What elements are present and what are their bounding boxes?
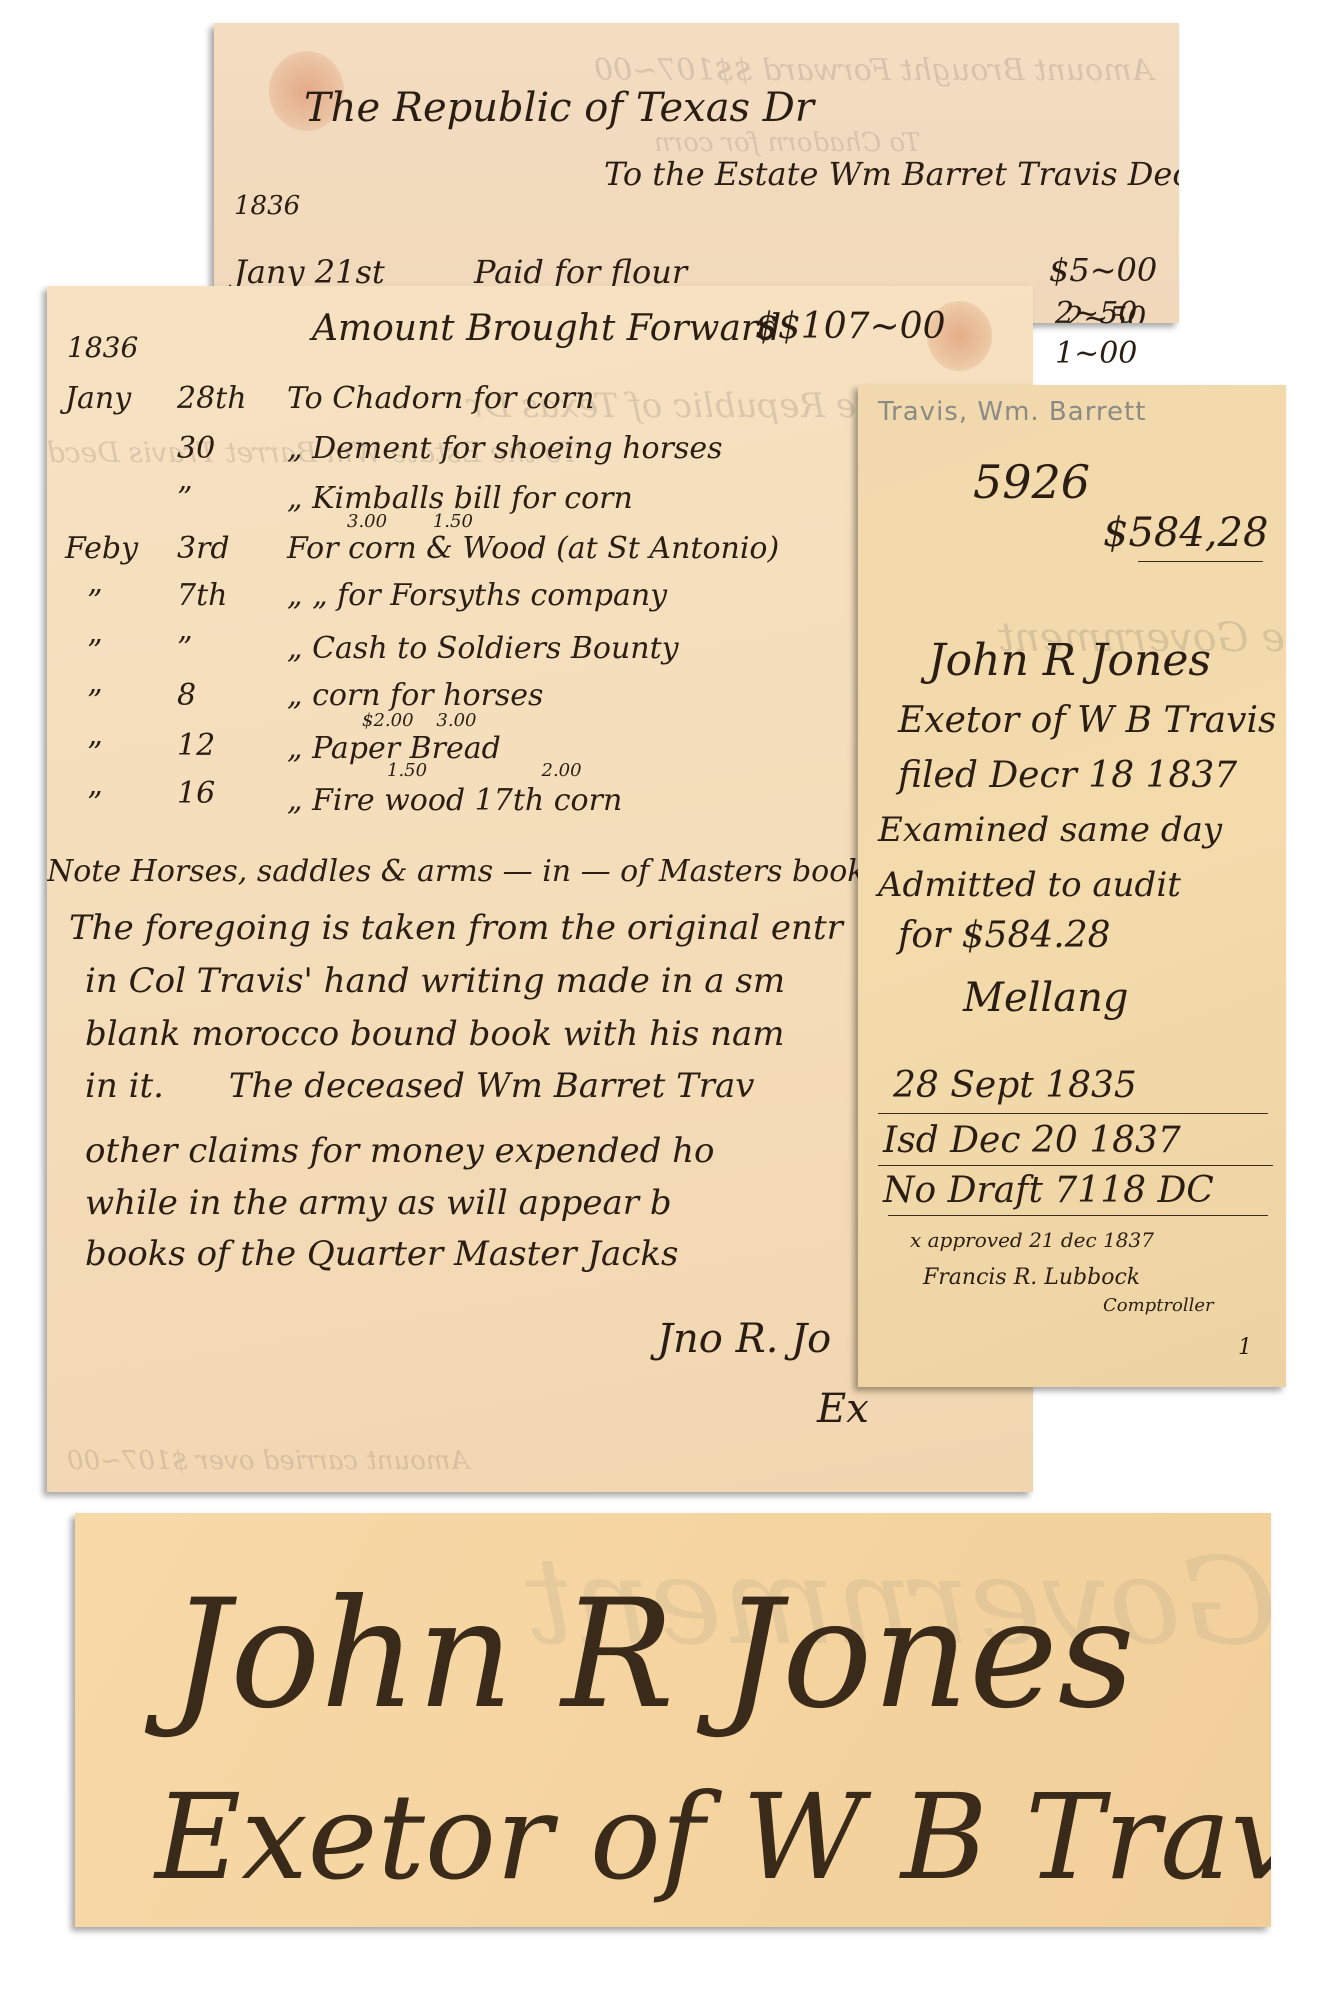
closeup-signature-name: John R Jones [170,1568,1135,1742]
claimant-role: Exetor of W B Travis [898,700,1276,741]
entry-month: ” [87,684,102,719]
entry-desc: „ Cash to Soldiers Bounty [287,631,679,666]
rule-line [888,1215,1268,1216]
claimant-name: John R Jones [928,635,1211,686]
header-amount: $$107~00 [755,306,946,347]
entry-day: ” [177,481,192,516]
comptroller-name: Francis R. Lubbock [923,1265,1140,1290]
signature: Jno R. Jo [657,1316,831,1362]
top-sheet-amount: 2~50 [1055,296,1137,331]
top-sheet-amount: 1~00 [1055,336,1137,371]
entry-day: 30 [177,431,215,466]
comptroller-title: Comptroller [1103,1295,1214,1316]
top-sheet-title: The Republic of Texas Dr [304,85,814,131]
paragraph-line: in it. The deceased Wm Barret Trav [85,1066,755,1106]
entry-desc: To Chadorn for corn [287,381,594,416]
page-number: 1 [1238,1335,1252,1360]
entry-month: ” [87,736,102,771]
entry-day: 16 [177,776,215,811]
auditor-signature: Mellang [963,975,1128,1021]
claim-amount: $584,28 [1103,510,1268,556]
draft-line: No Draft 7118 DC [883,1170,1214,1211]
entry-desc: For corn & Wood (at St Antonio) [287,531,779,566]
entry-month: ” [87,634,102,669]
date-line-1: 28 Sept 1835 [893,1065,1137,1106]
signature-title: Ex [817,1386,869,1432]
paragraph-line: in Col Travis' hand writing made in a sm [85,961,785,1001]
claim-number: 5926 [973,455,1090,509]
rule-line [878,1165,1273,1166]
admitted-note: Admitted to audit [878,865,1181,905]
header-amount-brought-forward: Amount Brought Forward [312,308,781,349]
underline [1138,561,1263,562]
entry-superscript: $2.00 3.00 [362,710,477,731]
rule-line [878,1113,1268,1114]
filed-date: filed Decr 18 1837 [898,755,1237,796]
paragraph-line: The foregoing is taken from the original… [69,908,843,948]
date-line-2: Isd Dec 20 1837 [883,1120,1181,1161]
entry-desc: „ corn for horses [287,678,543,713]
top-sheet-year: 1836 [234,191,300,221]
entry-day: 3rd [177,531,230,566]
entry-month: ” [87,786,102,821]
paragraph-line: blank morocco bound book with his nam [85,1014,785,1054]
bleed-through-text: Amount carried over $107~00 [67,1446,469,1476]
entry-day: 7th [177,578,227,613]
paragraph-line: while in the army as will appear b [85,1183,672,1223]
entry-month: Feby [65,531,138,566]
entry-month: Jany [65,381,131,416]
entry-month: ” [87,584,102,619]
admitted-amount: for $584.28 [898,915,1111,956]
top-document-sheet: Amount Brought Forward $$107~00 To Chado… [214,23,1179,323]
entry-superscript: 1.50 2.00 [387,760,582,781]
entry-day: 28th [177,381,247,416]
paragraph-line: other claims for money expended ho [85,1131,715,1171]
entry-day: 12 [177,728,215,763]
entry-desc: „ Dement for shoeing horses [287,431,723,466]
ledger-year: 1836 [67,331,138,364]
entry-superscript: 3.00 1.50 [347,511,473,532]
examined-note: Examined same day [878,810,1222,850]
bleed-through-text: Amount Brought Forward $$107~00 [594,53,1153,88]
paragraph-line: books of the Quarter Master Jacks [85,1234,678,1274]
closeup-signature-role: Exetor of W B Travis [155,1768,1271,1906]
signature-closeup: Government John R Jones Exetor of W B Tr… [75,1513,1271,1927]
entry-desc: „ Fire wood 17th corn [287,783,622,818]
top-sheet-entry-amount: $5~00 [1049,251,1157,289]
entry-day: ” [177,631,192,666]
approval-note: x approved 21 dec 1837 [910,1228,1154,1252]
bleed-through-text: To Chadorn for corn [654,128,920,158]
top-sheet-addressee: To the Estate Wm Barret Travis Decd [604,155,1179,193]
note-line: Note Horses, saddles & arms — in — of Ma… [47,854,881,889]
entry-day: 8 [177,678,196,713]
pencil-label: Travis, Wm. Barrett [878,397,1146,427]
docket-card: The Government Travis, Wm. Barrett 5926 … [858,385,1286,1387]
entry-desc: „ „ for Forsyths company [287,578,667,613]
